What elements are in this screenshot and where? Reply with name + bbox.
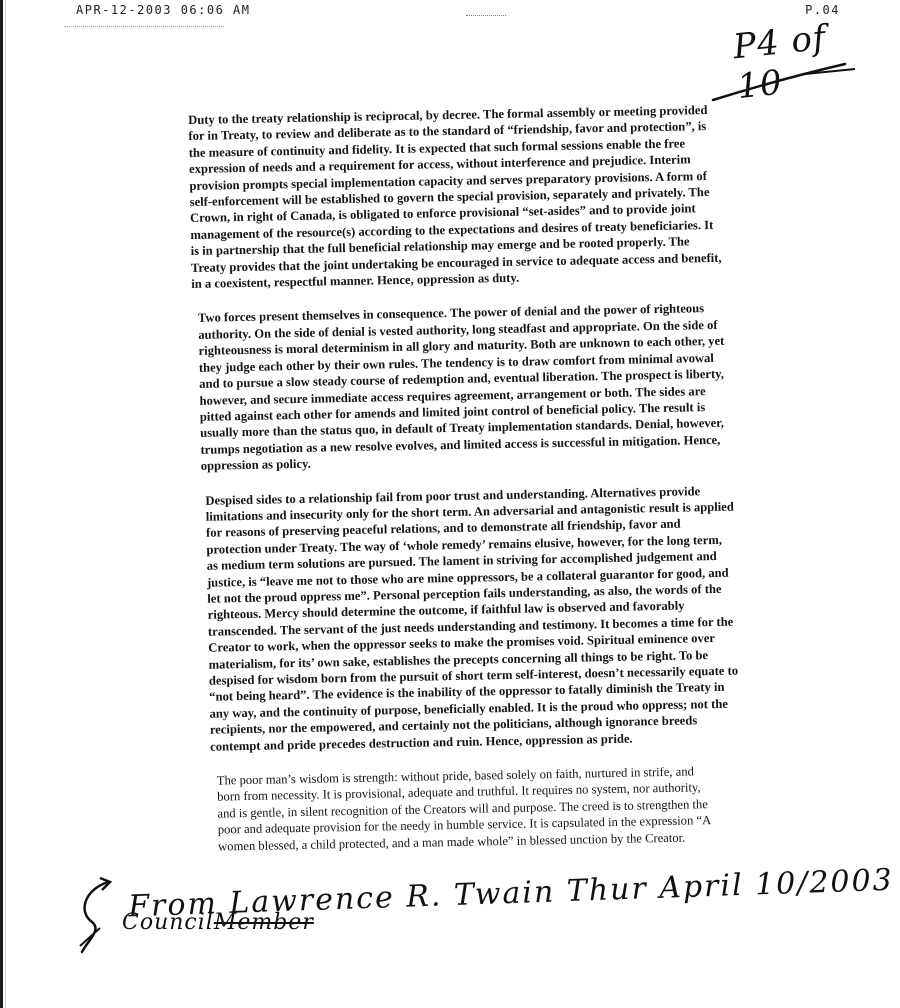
fax-timestamp: APR-12-2003 06:06 AM bbox=[76, 3, 251, 17]
fax-page-code: P.04 bbox=[805, 3, 840, 17]
paragraph-wisdom: The poor man’s wisdom is strength: witho… bbox=[217, 762, 772, 855]
fax-header: APR-12-2003 06:06 AM P.04 bbox=[76, 3, 840, 19]
handwritten-signature-note: From Lawrence R. Twain Thur April 10/200… bbox=[78, 868, 838, 958]
paragraph-duty: Duty to the treaty relationship is recip… bbox=[188, 101, 761, 292]
fax-faint-line bbox=[64, 26, 224, 29]
page-mark-underline-icon bbox=[705, 38, 865, 108]
scan-left-border bbox=[0, 0, 3, 1008]
paragraph-pride: Despised sides to a relationship fail fr… bbox=[205, 482, 770, 755]
paragraph-policy: Two forces present themselves in consequ… bbox=[198, 299, 765, 474]
fax-header-noise bbox=[466, 15, 506, 18]
handwritten-page-mark: P4 of 10 bbox=[735, 18, 875, 98]
signature-line-title: CouncilMember bbox=[122, 910, 314, 935]
signature-title-struck: Member bbox=[214, 910, 314, 935]
signature-title-kept: Council bbox=[122, 910, 214, 935]
document-body: Duty to the treaty relationship is recip… bbox=[188, 101, 773, 873]
scan-left-border-shadow bbox=[5, 0, 6, 1008]
